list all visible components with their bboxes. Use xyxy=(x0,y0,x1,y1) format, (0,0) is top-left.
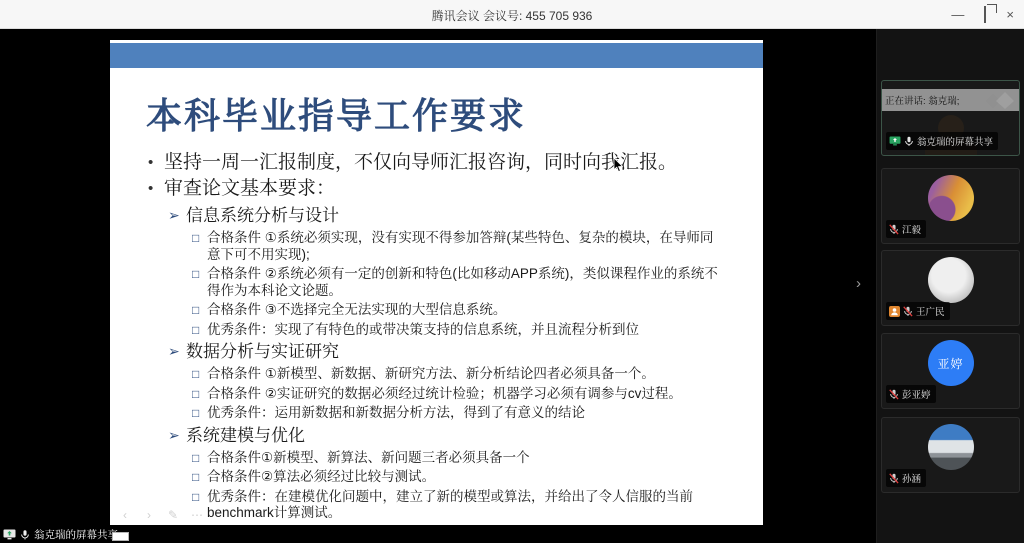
tooltip-remnant xyxy=(112,532,129,541)
speaking-banner-text: 正在讲话: 翁克瑞; xyxy=(885,93,959,107)
square-bullet-icon: □ xyxy=(192,302,207,319)
bullet-item: □合格条件①新模型、新算法、新问题三者必须具备一个 xyxy=(192,450,763,467)
speaking-banner: 正在讲话: 翁克瑞; xyxy=(882,89,1019,111)
close-button[interactable]: × xyxy=(1006,8,1014,21)
screen-share-area: 本科毕业指导工作要求 •坚持一周一汇报制度，不仅向导师汇报咨询，同时向我汇报。 … xyxy=(0,29,875,543)
mic-icon xyxy=(904,136,914,147)
square-bullet-icon: □ xyxy=(192,469,207,486)
presentation-slide: 本科毕业指导工作要求 •坚持一周一汇报制度，不仅向导师汇报咨询，同时向我汇报。 … xyxy=(110,40,763,525)
next-slide-icon[interactable]: › xyxy=(142,508,156,522)
bullet-item: □优秀条件：运用新数据和新数据分析方法，得到了有意义的结论 xyxy=(192,405,763,422)
bullet-item: •坚持一周一汇报制度，不仅向导师汇报咨询，同时向我汇报。 xyxy=(148,150,763,176)
mountain-logo-icon xyxy=(986,91,1016,109)
window-controls: — × xyxy=(951,0,1014,29)
square-bullet-icon: □ xyxy=(192,405,207,422)
square-bullet-icon: □ xyxy=(192,450,207,467)
mic-icon xyxy=(20,529,30,541)
prev-slide-icon[interactable]: ‹ xyxy=(118,508,132,522)
participants-sidebar: 正在讲话: 翁克瑞; 翁克瑞的屏幕共享 江毅 xyxy=(876,29,1024,543)
slide-body: •坚持一周一汇报制度，不仅向导师汇报咨询，同时向我汇报。 •审查论文基本要求： … xyxy=(110,150,763,522)
video-tile-sunhan[interactable]: 孙涵 xyxy=(881,417,1020,493)
square-bullet-icon: □ xyxy=(192,230,207,263)
arrow-bullet-icon: ➢ xyxy=(168,424,186,447)
meeting-window: 腾讯会议 会议号: 455 705 936 — × 本科毕业指导工作要求 •坚持… xyxy=(0,0,1024,543)
mouse-cursor-icon xyxy=(613,157,624,178)
bullet-item: □合格条件 ①新模型、新数据、新研究方法、新分析结论四者必须具备一个。 xyxy=(192,366,763,383)
bullet-item: □合格条件 ②系统必须有一定的创新和特色(比如移动APP系统)，类似课程作业的系… xyxy=(192,266,763,299)
maximize-button[interactable] xyxy=(984,8,986,21)
slide-header-bar xyxy=(110,43,763,68)
pen-icon[interactable]: ✎ xyxy=(166,508,180,522)
bullet-icon: • xyxy=(148,150,164,176)
profile-badge-icon xyxy=(889,306,900,317)
mic-muted-icon xyxy=(889,224,899,235)
participant-name-tag: 彭亚婷 xyxy=(886,385,936,403)
bullet-item: □优秀条件：在建模优化问题中，建立了新的模型或算法，并给出了令人信服的当前ben… xyxy=(192,489,763,522)
screen-share-icon xyxy=(3,529,16,540)
bullet-item: □合格条件 ③不选择完全无法实现的大型信息系统。 xyxy=(192,302,763,319)
participant-name-tag: 王广民 xyxy=(886,302,950,320)
participant-name-tag: 孙涵 xyxy=(886,469,926,487)
avatar: 亚婷 xyxy=(928,340,974,386)
arrow-bullet-icon: ➢ xyxy=(168,340,186,363)
bullet-item: ➢系统建模与优化 xyxy=(168,424,763,447)
bullet-item: □合格条件②算法必须经过比较与测试。 xyxy=(192,469,763,486)
maximize-icon xyxy=(984,6,986,23)
screen-share-status-bar: 翁克瑞的屏幕共享 xyxy=(0,526,124,543)
video-tile-pengyating[interactable]: 亚婷 彭亚婷 xyxy=(881,333,1020,409)
chevron-right-icon[interactable]: › xyxy=(856,276,861,291)
bullet-item: •审查论文基本要求： xyxy=(148,176,763,202)
avatar xyxy=(928,424,974,470)
mic-muted-icon xyxy=(903,306,913,317)
square-bullet-icon: □ xyxy=(192,266,207,299)
slide-title: 本科毕业指导工作要求 xyxy=(146,88,526,139)
screen-share-icon xyxy=(889,136,901,146)
bullet-item: ➢数据分析与实证研究 xyxy=(168,340,763,363)
bullet-icon: • xyxy=(148,176,164,202)
bullet-item: ➢信息系统分析与设计 xyxy=(168,204,763,227)
participant-name: 彭亚婷 xyxy=(902,387,931,401)
video-tile-wengkerui[interactable]: 正在讲话: 翁克瑞; 翁克瑞的屏幕共享 xyxy=(881,80,1020,156)
more-options-icon[interactable]: ⋯ xyxy=(190,508,204,522)
participant-name: 孙涵 xyxy=(902,471,921,485)
presenter-controls: ‹ › ✎ ⋯ xyxy=(118,508,204,522)
video-tile-wangguangmin[interactable]: 王广民 xyxy=(881,250,1020,326)
mic-muted-icon xyxy=(889,389,899,400)
minimize-button[interactable]: — xyxy=(951,8,964,21)
bullet-item: □优秀条件：实现了有特色的或带决策支持的信息系统，并且流程分析到位 xyxy=(192,322,763,339)
mic-muted-icon xyxy=(889,473,899,484)
participant-name: 王广民 xyxy=(916,304,945,318)
participant-name-tag: 江毅 xyxy=(886,220,926,238)
arrow-bullet-icon: ➢ xyxy=(168,204,186,227)
participant-name-tag: 翁克瑞的屏幕共享 xyxy=(886,132,998,150)
bullet-item: □合格条件 ②实证研究的数据必须经过统计检验；机器学习必须有调参与cv过程。 xyxy=(192,386,763,403)
square-bullet-icon: □ xyxy=(192,386,207,403)
titlebar: 腾讯会议 会议号: 455 705 936 — × xyxy=(0,0,1024,29)
avatar xyxy=(928,175,974,221)
avatar xyxy=(928,257,974,303)
square-bullet-icon: □ xyxy=(192,322,207,339)
video-tile-jiangyi[interactable]: 江毅 xyxy=(881,168,1020,244)
participant-name: 江毅 xyxy=(902,222,921,236)
share-status-label: 翁克瑞的屏幕共享 xyxy=(34,527,118,542)
participant-name: 翁克瑞的屏幕共享 xyxy=(917,134,993,148)
meeting-title: 腾讯会议 会议号: 455 705 936 xyxy=(0,7,1024,24)
square-bullet-icon: □ xyxy=(192,366,207,383)
bullet-item: □合格条件 ①系统必须实现，没有实现不得参加答辩(某些特色、复杂的模块，在导师同… xyxy=(192,230,763,263)
